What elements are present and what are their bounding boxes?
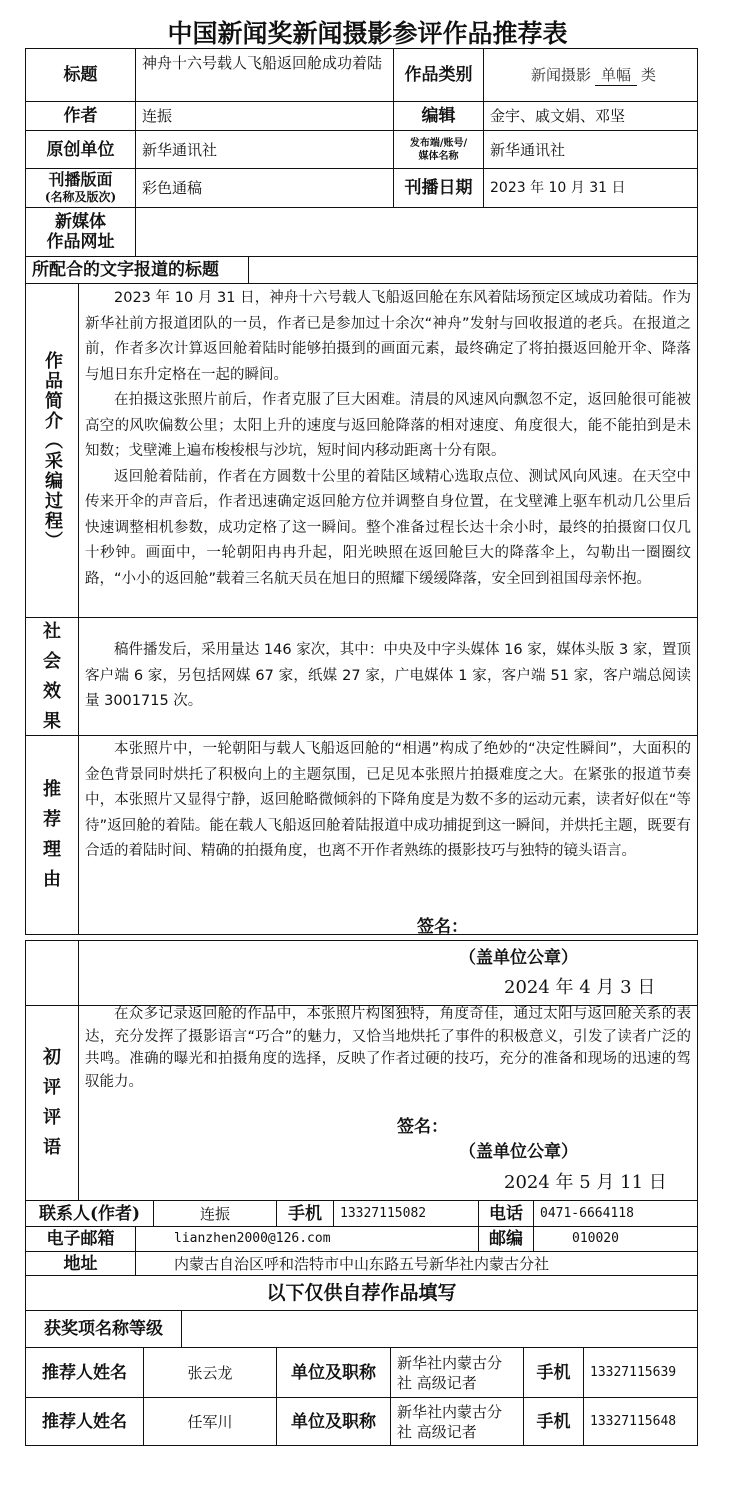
- recommender-mobile-label: 手机: [537, 1363, 571, 1383]
- initial-review-text: 在众多记录返回舱的作品中，本张照片构图独特，角度奇佳，通过太阳与返回舱关系的表达…: [85, 1005, 691, 1093]
- award-value-cell[interactable]: [181, 1310, 698, 1348]
- publisher-value: 新华通讯社: [490, 140, 565, 160]
- recommendation-text: 本张照片中，一轮朝阳与载人飞船返回舱的“相遇”构成了绝妙的“决定性瞬间”，大面积…: [85, 737, 691, 865]
- publisher-value-cell[interactable]: 新华通讯社: [483, 130, 698, 169]
- contact-phone-value-cell[interactable]: 0471-6664118: [533, 1200, 698, 1227]
- recommender-unit-line1: 新华社内蒙古分: [397, 1402, 502, 1422]
- address-value: 内蒙古自治区呼和浩特市中山东路五号新华社内蒙古分社: [174, 1254, 549, 1274]
- recommender-2-mobile-label-cell: 手机: [523, 1397, 584, 1446]
- postcode-value-cell[interactable]: 010020: [533, 1226, 698, 1252]
- layout-label-line2: (名称及版次): [45, 189, 116, 205]
- recommender-1-name-label-cell: 推荐人姓名: [25, 1347, 144, 1398]
- initial-review-label-char: 评: [43, 1103, 61, 1133]
- layout-label-line1: 刊播版面: [48, 171, 112, 189]
- social-effect-label-char: 果: [43, 707, 61, 737]
- layout-value-cell[interactable]: 彩色通稿: [135, 168, 394, 208]
- recommender-name-label: 推荐人姓名: [42, 1363, 127, 1383]
- newmedia-label-line1: 新媒体: [55, 212, 106, 232]
- newmedia-value-cell[interactable]: [135, 207, 698, 257]
- contact-person-label: 联系人(作者): [39, 1204, 140, 1224]
- title-value-cell[interactable]: 神舟十六号载人飞船返回舱成功着陆: [135, 48, 394, 102]
- social-effect-label-char: 会: [43, 647, 61, 677]
- contact-mobile-value: 13327115082: [340, 1204, 426, 1224]
- origin-value-cell[interactable]: 新华通讯社: [135, 130, 394, 169]
- publisher-label-line1: 发布端/账号/: [410, 137, 467, 150]
- recommendation-date: 2024 年 4 月 3 日: [504, 973, 655, 999]
- address-label: 地址: [64, 1254, 98, 1274]
- recommender-mobile: 13327115639: [590, 1363, 676, 1383]
- recommender-unit-line2: 社 高级记者: [397, 1373, 477, 1393]
- recommender-unit-line2: 社 高级记者: [397, 1422, 477, 1442]
- initial-review-date: 2024 年 5 月 11 日: [504, 1168, 667, 1194]
- intro-content-cell[interactable]: 2023 年 10 月 31 日，神舟十六号载人飞船返回舱在东风着陆场预定区域成…: [78, 283, 698, 618]
- intro-label-cell: 作品简介（采编过程）: [25, 283, 79, 618]
- recommender-2-unit-cell[interactable]: 新华社内蒙古分 社 高级记者: [390, 1397, 524, 1446]
- date-label-cell: 刊播日期: [393, 168, 484, 208]
- contact-mobile-value-cell[interactable]: 13327115082: [333, 1200, 479, 1227]
- recommender-2-mobile-cell[interactable]: 13327115648: [583, 1397, 698, 1446]
- contact-mobile-label-cell: 手机: [276, 1200, 334, 1227]
- category-suffix: 类: [641, 65, 656, 85]
- initial-review-signature-label: 签名：: [397, 1112, 448, 1137]
- recommendation-label-cell: 推 荐 理 由: [25, 735, 79, 935]
- newmedia-label-cell: 新媒体 作品网址: [25, 207, 136, 257]
- address-label-cell: 地址: [25, 1251, 136, 1276]
- recommender-1-name-cell[interactable]: 张云龙: [143, 1347, 277, 1398]
- postcode-label: 邮编: [489, 1229, 523, 1249]
- award-label: 获奖项名称等级: [44, 1319, 163, 1339]
- category-label: 作品类别: [405, 65, 473, 85]
- recommendation-seal-cell[interactable]: （盖单位公章） 2024 年 4 月 3 日: [78, 940, 698, 1006]
- intro-label: 作品简介（采编过程）: [41, 351, 63, 551]
- date-label: 刊播日期: [405, 178, 473, 198]
- editor-label: 编辑: [422, 106, 456, 126]
- intro-paragraph-3: 返回舱着陆前，作者在方圆数十公里的着陆区域精心选取点位、测试风向风速。在天空中传…: [85, 465, 691, 593]
- category-label-cell: 作品类别: [393, 48, 484, 102]
- recommendation-label-char: 由: [43, 865, 61, 895]
- recommender-1-mobile-cell[interactable]: 13327115639: [583, 1347, 698, 1398]
- publisher-label-line2: 媒体名称: [419, 150, 459, 163]
- social-effect-content-cell[interactable]: 稿件播发后，采用量达 146 家次，其中：中央及中字头媒体 16 家，媒体头版 …: [78, 617, 698, 736]
- self-recommend-title: 以下仅供自荐作品填写: [266, 1283, 456, 1303]
- recommendation-signature-label: 签名：: [417, 912, 468, 935]
- initial-review-label-cell: 初 评 评 语: [25, 1005, 79, 1201]
- recommendation-label-char: 推: [43, 775, 61, 805]
- origin-label: 原创单位: [47, 140, 115, 160]
- author-value-cell[interactable]: 连振: [135, 101, 394, 131]
- self-recommend-title-cell: 以下仅供自荐作品填写: [25, 1275, 698, 1311]
- social-effect-label-char: 社: [43, 617, 61, 647]
- contact-phone-label: 电话: [489, 1204, 523, 1224]
- email-label: 电子邮箱: [47, 1229, 115, 1249]
- social-effect-text-block: 稿件播发后，采用量达 146 家次，其中：中央及中字头媒体 16 家，媒体头版 …: [85, 638, 691, 715]
- recommender-unit-line1: 新华社内蒙古分: [397, 1353, 502, 1373]
- initial-review-label-char: 语: [43, 1133, 61, 1163]
- recommender-2-unit-label-cell: 单位及职称: [276, 1397, 391, 1446]
- related-title-label-cell: 所配合的文字报道的标题: [25, 256, 249, 284]
- newmedia-label-line2: 作品网址: [47, 232, 115, 252]
- recommender-1-unit-label-cell: 单位及职称: [276, 1347, 391, 1398]
- recommender-unit-label: 单位及职称: [291, 1412, 376, 1432]
- layout-label-cell: 刊播版面 (名称及版次): [25, 168, 136, 208]
- postcode-label-cell: 邮编: [478, 1226, 534, 1252]
- title-value: 神舟十六号载人飞船返回舱成功着陆: [142, 53, 382, 73]
- publisher-label-cell: 发布端/账号/ 媒体名称: [393, 130, 484, 169]
- social-effect-label-char: 效: [43, 677, 61, 707]
- category-value-cell[interactable]: 新闻摄影 单幅 类: [483, 48, 698, 102]
- editor-value-cell[interactable]: 金宇、戚文娟、邓坚: [483, 101, 698, 131]
- author-label: 作者: [64, 106, 98, 126]
- layout-value: 彩色通稿: [142, 178, 202, 198]
- origin-value: 新华通讯社: [142, 140, 217, 160]
- contact-person-label-cell: 联系人(作者): [25, 1200, 154, 1227]
- recommendation-seal-label: （盖单位公章）: [459, 943, 578, 968]
- initial-review-text-block: 在众多记录返回舱的作品中，本张照片构图独特，角度奇佳，通过太阳与返回舱关系的表达…: [85, 1005, 691, 1093]
- recommendation-text-block: 本张照片中，一轮朝阳与载人飞船返回舱的“相遇”构成了绝妙的“决定性瞬间”，大面积…: [85, 737, 691, 865]
- address-value-cell[interactable]: 内蒙古自治区呼和浩特市中山东路五号新华社内蒙古分社: [135, 1251, 698, 1276]
- origin-label-cell: 原创单位: [25, 130, 136, 169]
- initial-review-content-cell[interactable]: 在众多记录返回舱的作品中，本张照片构图独特，角度奇佳，通过太阳与返回舱关系的表达…: [78, 1005, 698, 1201]
- recommender-mobile: 13327115648: [590, 1412, 676, 1432]
- contact-phone-label-cell: 电话: [478, 1200, 534, 1227]
- date-value-cell[interactable]: 2023 年 10 月 31 日: [483, 168, 698, 208]
- award-label-cell: 获奖项名称等级: [25, 1310, 182, 1348]
- recommender-2-name-label-cell: 推荐人姓名: [25, 1397, 144, 1446]
- email-value-cell[interactable]: lianzhen2000@126.com: [135, 1226, 479, 1252]
- contact-phone-value: 0471-6664118: [540, 1204, 634, 1224]
- initial-review-label-char: 初: [43, 1043, 61, 1073]
- author-value: 连振: [142, 106, 172, 126]
- initial-review-seal-label: （盖单位公章）: [459, 1137, 578, 1162]
- social-effect-label-cell: 社 会 效 果: [25, 617, 79, 736]
- email-label-cell: 电子邮箱: [25, 1226, 136, 1252]
- seal-label-blank-cell: [25, 940, 79, 1006]
- postcode-value: 010020: [572, 1229, 619, 1249]
- recommender-1-mobile-label-cell: 手机: [523, 1347, 584, 1398]
- recommender-1-unit-cell[interactable]: 新华社内蒙古分 社 高级记者: [390, 1347, 524, 1398]
- recommendation-label-char: 荐: [43, 805, 61, 835]
- recommender-name: 任军川: [187, 1412, 232, 1432]
- recommender-unit-label: 单位及职称: [291, 1363, 376, 1383]
- document-title: 中国新闻奖新闻摄影参评作品推荐表: [0, 14, 735, 50]
- related-title-label: 所配合的文字报道的标题: [32, 260, 219, 280]
- editor-value: 金宇、戚文娟、邓坚: [490, 106, 625, 126]
- intro-paragraph-2: 在拍摄这张照片前后，作者克服了巨大困难。清晨的风速风向飘忽不定，返回舱很可能被高…: [85, 388, 691, 465]
- author-label-cell: 作者: [25, 101, 136, 131]
- contact-person-value-cell[interactable]: 连振: [153, 1200, 277, 1227]
- category-value: 单幅: [595, 65, 637, 86]
- intro-text: 2023 年 10 月 31 日，神舟十六号载人飞船返回舱在东风着陆场预定区域成…: [85, 286, 691, 592]
- recommender-mobile-label: 手机: [537, 1412, 571, 1432]
- contact-mobile-label: 手机: [288, 1204, 322, 1224]
- recommendation-label-char: 理: [43, 835, 61, 865]
- recommender-2-name-cell[interactable]: 任军川: [143, 1397, 277, 1446]
- category-prefix: 新闻摄影: [531, 65, 591, 85]
- editor-label-cell: 编辑: [393, 101, 484, 131]
- social-effect-text: 稿件播发后，采用量达 146 家次，其中：中央及中字头媒体 16 家，媒体头版 …: [85, 638, 691, 715]
- recommendation-content-cell[interactable]: 本张照片中，一轮朝阳与载人飞船返回舱的“相遇”构成了绝妙的“决定性瞬间”，大面积…: [78, 735, 698, 935]
- email-value: lianzhen2000@126.com: [174, 1229, 331, 1249]
- initial-review-label-char: 评: [43, 1073, 61, 1103]
- title-label: 标题: [64, 65, 98, 85]
- title-label-cell: 标题: [25, 48, 136, 102]
- recommender-name: 张云龙: [187, 1363, 232, 1383]
- recommender-name-label: 推荐人姓名: [42, 1412, 127, 1432]
- date-value: 2023 年 10 月 31 日: [490, 178, 626, 198]
- related-title-value-cell[interactable]: [248, 256, 698, 284]
- contact-person-value: 连振: [200, 1204, 230, 1224]
- intro-paragraph-1: 2023 年 10 月 31 日，神舟十六号载人飞船返回舱在东风着陆场预定区域成…: [85, 286, 691, 388]
